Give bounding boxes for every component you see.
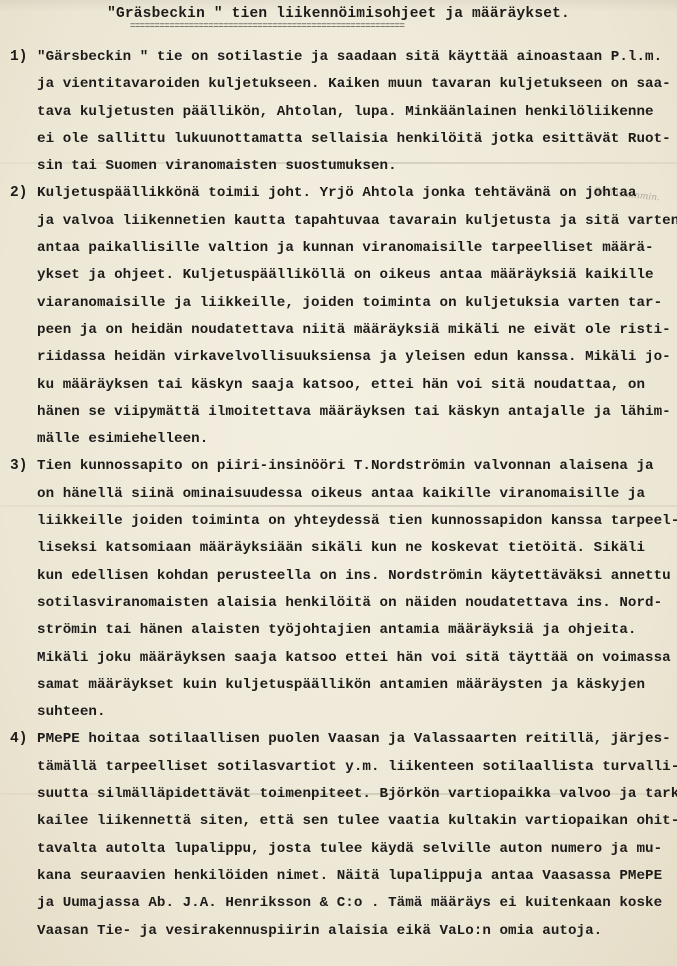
text-line: mälle esimiehelleen. (37, 426, 670, 453)
document-title: "Gräsbeckin " tien liikennöimisohjeet ja… (0, 6, 677, 22)
section-4: 4)PMePE hoitaa sotilaallisen puolen Vaas… (10, 726, 670, 944)
section-number: 4) (10, 726, 27, 753)
text-line: tämällä tarpeelliset sotilasvartiot y.m.… (37, 754, 670, 781)
text-line: "Gärsbeckin " tie on sotilastie ja saada… (37, 44, 670, 71)
text-line: liseksi katsomiaan määräyksiään sikäli k… (37, 535, 670, 562)
section-1: 1)"Gärsbeckin " tie on sotilastie ja saa… (10, 44, 670, 180)
text-line: Mikäli joku määräyksen saaja katsoo ette… (37, 645, 670, 672)
section-3: 3)Tien kunnossapito on piiri-insinööri T… (10, 453, 670, 726)
text-line: liikkeille joiden toiminta on yhteydessä… (37, 508, 670, 535)
section-number: 1) (10, 44, 27, 71)
text-line: ja Uumajassa Ab. J.A. Henriksson & C:o .… (37, 890, 670, 917)
text-line: strömin tai hänen alaisten työjohtajien … (37, 617, 670, 644)
text-line: ja valvoa liikennetien kautta tapahtuvaa… (37, 208, 670, 235)
text-line: ei ole sallittu lukuunottamatta sellaisi… (37, 126, 670, 153)
title-underline: ========================================… (130, 22, 570, 31)
text-line: hänen se viipymättä ilmoitettava määräyk… (37, 399, 670, 426)
document-page: "Gräsbeckin " tien liikennöimisohjeet ja… (0, 0, 677, 966)
text-line: kana seuraavien henkilöiden nimet. Näitä… (37, 863, 670, 890)
text-line: ja vientitavaroiden kuljetukseen. Kaiken… (37, 71, 670, 98)
text-line: on hänellä siinä ominaisuudessa oikeus a… (37, 481, 670, 508)
text-line: peen ja on heidän noudatettava niitä mää… (37, 317, 670, 344)
text-line: kailee liikennettä siten, että sen tulee… (37, 808, 670, 835)
numbered-sections: 1)"Gärsbeckin " tie on sotilastie ja saa… (10, 44, 670, 945)
section-2: 2)Kuljetuspäällikkönä toimii joht. Yrjö … (10, 180, 670, 453)
text-line: samat määräykset kuin kuljetuspäällikön … (37, 672, 670, 699)
text-line: sin tai Suomen viranomaisten suostumukse… (37, 153, 670, 180)
section-number: 2) (10, 180, 27, 207)
text-line: kun edellisen kohdan perusteella on ins.… (37, 563, 670, 590)
text-line: Tien kunnossapito on piiri-insinööri T.N… (37, 453, 670, 480)
text-line: riidassa heidän virkavelvollisuuksiensa … (37, 344, 670, 371)
text-line: sotilasviranomaisten alaisia henkilöitä … (37, 590, 670, 617)
text-line: suutta silmälläpidettävät toimenpiteet. … (37, 781, 670, 808)
text-line: ykset ja ohjeet. Kuljetuspäälliköllä on … (37, 262, 670, 289)
text-line: tava kuljetusten päällikön, Ahtolan, lup… (37, 99, 670, 126)
text-line: suhteen. (37, 699, 670, 726)
text-line: Vaasan Tie- ja vesirakennuspiirin alaisi… (37, 918, 670, 945)
section-number: 3) (10, 453, 27, 480)
text-line: Kuljetuspäällikkönä toimii joht. Yrjö Ah… (37, 180, 670, 207)
text-line: tavalta autolta lupalippu, josta tulee k… (37, 836, 670, 863)
text-line: viaranomaisille ja liikkeille, joiden to… (37, 290, 670, 317)
text-line: PMePE hoitaa sotilaallisen puolen Vaasan… (37, 726, 670, 753)
text-line: ku määräyksen tai käskyn saaja katsoo, e… (37, 372, 670, 399)
text-line: antaa paikallisille valtion ja kunnan vi… (37, 235, 670, 262)
